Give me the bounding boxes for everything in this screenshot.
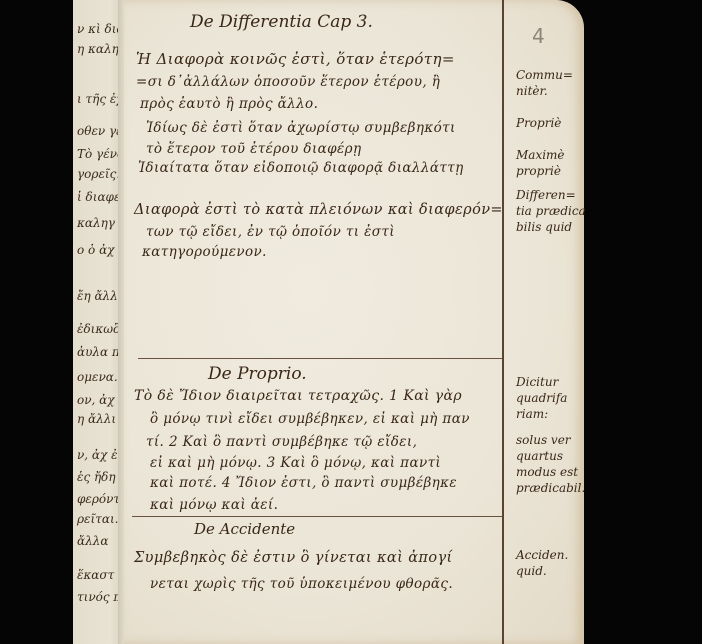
- facing-page-fragment: γορεῖς.: [77, 167, 120, 181]
- facing-page-fragment: τινός π: [77, 590, 121, 604]
- text-line: νεται χωρὶς τῆς τοῦ ὑποκειμένου φθορᾶς.: [150, 576, 453, 592]
- text-line: Ἰδίως δὲ ἐστὶ ὅταν ἀχωρίστῳ συμβεβηκότι: [146, 120, 456, 136]
- facing-page-fragment: φερόντ: [77, 492, 120, 506]
- margin-note: Maximè: [516, 148, 565, 162]
- text-line: Τὸ δὲ Ἴδιον διαιρεῖται τετραχῶς. 1 Καὶ γ…: [134, 388, 462, 404]
- margin-note: Propriè: [516, 116, 561, 130]
- text-line: εἰ καὶ μὴ μόνῳ. 3 Καὶ ὃ μόνῳ, καὶ παντὶ: [150, 455, 441, 471]
- margin-note: propriè: [516, 164, 561, 178]
- section-heading-proprio: De Proprio.: [208, 364, 307, 384]
- facing-page-fragment: ρεῖται.: [77, 512, 118, 526]
- facing-page-fragment: ομενα.: [77, 370, 118, 384]
- margin-note: bilis quid: [516, 220, 572, 234]
- text-line: ὃ μόνῳ τινὶ εἴδει συμβέβηκεν, εἰ καὶ μὴ …: [150, 411, 470, 427]
- section-heading-differentia: De Differentia Cap 3.: [190, 12, 373, 32]
- margin-rule: [502, 0, 504, 644]
- text-line: καὶ ποτέ. 4 Ἴδιον ἐστι, ὃ παντὶ συμβέβηκ…: [150, 475, 457, 491]
- text-line: των τῷ εἴδει, ἐν τῷ ὁποῖόν τι ἐστὶ: [146, 224, 395, 240]
- text-line: τὸ ἕτερον τοῦ ἑτέρου διαφέρῃ: [146, 141, 361, 157]
- margin-note: Dicitur: [516, 375, 558, 389]
- text-line: τί. 2 Καὶ ὃ παντὶ συμβέβηκε τῷ εἴδει,: [146, 434, 417, 450]
- section-divider: [132, 516, 502, 517]
- margin-note: Acciden.: [516, 548, 568, 562]
- text-line: Ἰδιαίτατα ὅταν εἰδοποιῷ διαφορᾷ διαλλάττ…: [138, 160, 464, 176]
- facing-page-fragment: καληγ: [77, 216, 115, 230]
- margin-note: quadrifa: [516, 391, 567, 405]
- text-line: κατηγορούμενον.: [142, 244, 267, 260]
- margin-note: modus est: [516, 465, 578, 479]
- text-line: Διαφορὰ ἐστὶ τὸ κατὰ πλειόνων καὶ διαφερ…: [134, 202, 503, 218]
- manuscript-page: 4 De Differentia Cap 3. Ἡ Διαφορὰ κοινῶς…: [124, 0, 584, 644]
- section-heading-accidente: De Accidente: [194, 520, 295, 538]
- margin-note: Commu=: [516, 68, 573, 82]
- text-line: =σι δ᾽ἀλλάλων ὁποσοῦν ἕτερον ἑτέρου, ἢ: [136, 74, 440, 90]
- section-divider: [138, 358, 502, 359]
- margin-note: riam:: [516, 407, 548, 421]
- facing-page-fragment: ἑς ἤδη: [77, 470, 116, 484]
- margin-note: solus ver: [516, 433, 571, 447]
- page-number: 4: [532, 24, 545, 48]
- margin-note: tia prædica: [516, 204, 586, 218]
- facing-page-fragment: ἕκαστ: [77, 568, 114, 582]
- text-line: Συμβεβηκὸς δὲ ἐστιν ὃ γίνεται καὶ ἀπογί: [134, 550, 453, 566]
- facing-page-fragment: ἔη ἄλλι: [77, 289, 122, 303]
- facing-page-fragment: ἄλλα: [77, 534, 108, 548]
- facing-page-fragment: ι τῆς ἐχ: [77, 92, 124, 106]
- margin-note: quartus: [516, 449, 563, 463]
- facing-page-fragment: η ἄλλι: [77, 412, 116, 426]
- margin-note: prædicabil.: [516, 481, 585, 495]
- margin-note: quid.: [516, 564, 547, 578]
- text-line: Ἡ Διαφορὰ κοινῶς ἐστὶ, ὅταν ἑτερότη=: [136, 50, 455, 68]
- facing-page-fragment: ἐδικωὂ: [77, 322, 120, 336]
- text-line: καὶ μόνῳ καὶ ἀεί.: [150, 497, 278, 513]
- text-line: πρὸς ἑαυτὸ ἢ πρὸς ἄλλο.: [140, 96, 318, 112]
- margin-note: Differen=: [516, 188, 576, 202]
- margin-note: nitèr.: [516, 84, 548, 98]
